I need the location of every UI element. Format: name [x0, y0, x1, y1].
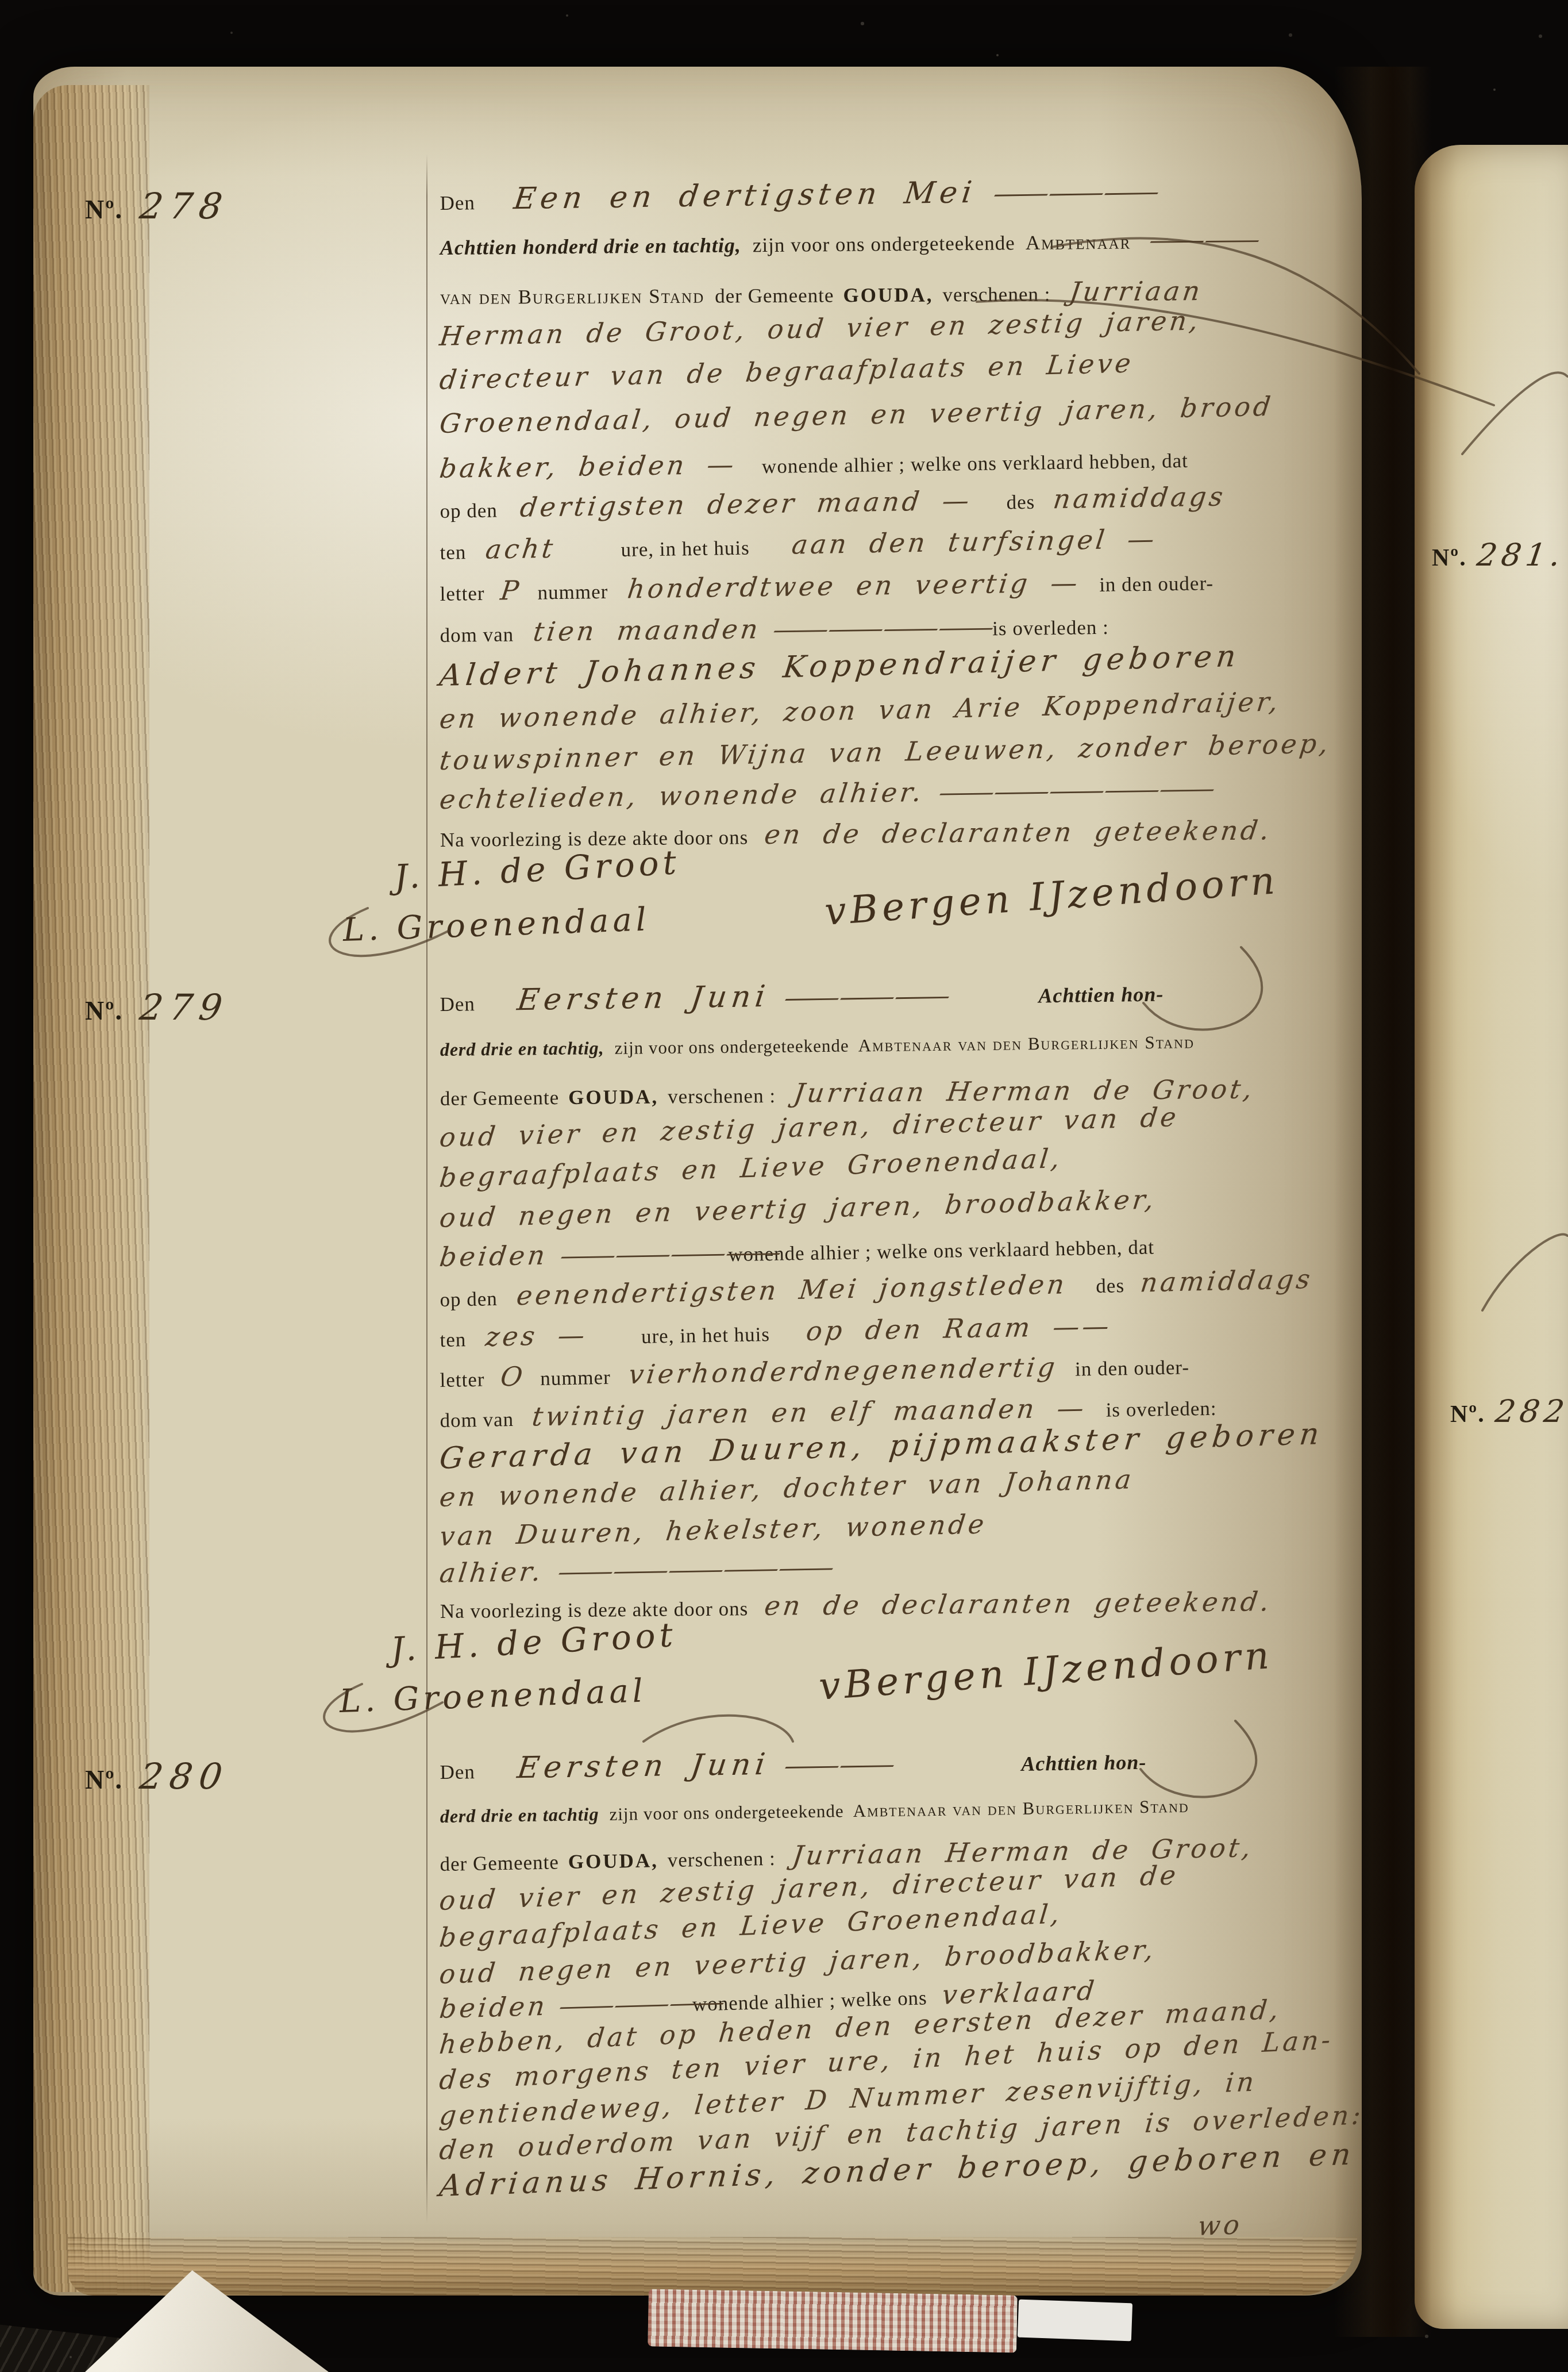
- column-divider-rule: [426, 154, 427, 2223]
- flourish-dash: ————: [556, 1238, 783, 1270]
- number-label: Nº.: [1432, 545, 1467, 571]
- number-value: 281.: [1474, 537, 1567, 573]
- printed-text: Achttien honderd drie en tachtig,: [440, 233, 741, 259]
- record-number: Nº.278: [85, 185, 229, 227]
- handwritten-text: op den Raam ——: [805, 1310, 1114, 1347]
- handwritten-text: P: [499, 575, 523, 606]
- printed-text: verschenen :: [668, 1085, 776, 1108]
- printed-text: ten: [440, 541, 466, 564]
- printed-text: dom van: [440, 1408, 514, 1432]
- register-right-page: [1415, 145, 1568, 2329]
- printed-text: letter: [440, 582, 484, 605]
- number-label: Nº.: [85, 1765, 123, 1794]
- handwritten-text: wo: [1196, 2209, 1244, 2242]
- printed-text: Achttien hon-: [1021, 1751, 1147, 1775]
- record-number: Nº.280: [85, 1755, 229, 1797]
- handwritten-text: acht: [484, 533, 557, 565]
- flourish-dash: —————: [934, 774, 1217, 807]
- flourish-dash: ———: [780, 982, 952, 1012]
- printed-text: der Gemeente: [440, 1086, 560, 1110]
- printed-text: ten: [440, 1328, 466, 1351]
- number-value: 279: [137, 986, 232, 1028]
- handwritten-text: Eersten Juni: [515, 979, 772, 1017]
- handwritten-text: bakker, beiden —: [438, 449, 738, 484]
- handwritten-text: Jurriaan: [1068, 275, 1205, 307]
- page-edge-stack-bottom: [68, 2237, 1357, 2296]
- printed-text: wonende alhier ; welke ons verklaard heb…: [762, 449, 1188, 478]
- printed-text: GOUDA,: [843, 284, 933, 307]
- printed-text: Den: [440, 993, 475, 1016]
- dust-specks: [0, 0, 1, 1]
- register-photo-scene: Nº.278 Den Een en dertigsten Mei ——— Ach…: [0, 0, 1568, 2372]
- printed-text: GOUDA,: [568, 1849, 659, 1873]
- handwritten-text: zes —: [484, 1319, 589, 1352]
- handwritten-text: aan den turfsingel —: [790, 523, 1159, 560]
- printed-text: verschenen :: [942, 283, 1050, 306]
- catchword: wo: [1197, 2209, 1243, 2242]
- printed-text: nummer: [540, 1366, 611, 1390]
- printed-text: is overleden:: [1105, 1397, 1216, 1421]
- printed-text: Den: [440, 1760, 475, 1783]
- handwritten-text: honderdtwee en veertig —: [626, 567, 1082, 604]
- number-value: 280: [137, 1755, 232, 1797]
- number-label: Nº.: [85, 996, 123, 1025]
- flourish-dash: ——: [780, 1750, 897, 1780]
- printed-text: ure, in het huis: [641, 1323, 770, 1348]
- handwritten-text: Een en dertigsten Mei: [512, 175, 978, 216]
- printed-text: der Gemeente: [715, 284, 834, 307]
- handwritten-text: beiden: [438, 1240, 549, 1273]
- record-number-282: Nº.282: [1450, 1393, 1568, 1429]
- printed-text: zijn voor ons ondergeteekende: [753, 232, 1015, 256]
- printed-text: derd drie en tachtig: [440, 1804, 599, 1827]
- printed-text: des: [1096, 1274, 1124, 1297]
- printed-text: zijn voor ons ondergeteekende: [614, 1036, 849, 1058]
- record-number-281: Nº.281.: [1432, 537, 1565, 573]
- flourish-dash: ———: [554, 1987, 726, 2020]
- record-number: Nº.279: [85, 986, 229, 1028]
- handwritten-text: namiddags: [1139, 1263, 1315, 1298]
- printed-text: Ambtenaar van den Burgerlijken Stand: [858, 1032, 1195, 1055]
- number-label: Nº.: [85, 195, 123, 224]
- printed-text: van den Burgerlijken Stand: [440, 285, 704, 309]
- printed-text: derd drie en tachtig,: [440, 1037, 604, 1060]
- handwritten-text: tien maanden: [531, 613, 762, 647]
- handwritten-text: en de declaranten geteekend.: [762, 814, 1274, 850]
- printed-text: letter: [440, 1368, 485, 1391]
- printed-text: in den ouder-: [1099, 572, 1213, 596]
- printed-text: Den: [440, 191, 475, 214]
- number-value: 278: [137, 185, 232, 227]
- printed-text: Achttien hon-: [1038, 982, 1164, 1007]
- printed-text: ure, in het huis: [621, 537, 750, 562]
- number-label: Nº.: [1450, 1401, 1485, 1428]
- flourish-dash: —————: [554, 1553, 836, 1586]
- binding-tape: [648, 2289, 1018, 2352]
- handwritten-text: Jurriaan Herman de Groot,: [792, 1074, 1257, 1109]
- flourish-dash: ——: [1145, 225, 1262, 255]
- handwritten-text: alhier.: [438, 1556, 545, 1589]
- handwritten-text: beiden: [438, 1990, 549, 2024]
- printed-text: Ambtenaar van den Burgerlijken Stand: [853, 1796, 1189, 1821]
- printed-text: dom van: [440, 623, 514, 647]
- printed-text: in den ouder-: [1075, 1356, 1190, 1380]
- handwritten-text: en de declaranten geteekend.: [762, 1586, 1274, 1621]
- flourish-dash: ————: [768, 613, 996, 644]
- printed-text: des: [1006, 491, 1035, 514]
- printed-text: nummer: [537, 580, 608, 604]
- binding-tape-white-strip: [1018, 2300, 1132, 2342]
- printed-text: Ambtenaar: [1026, 231, 1131, 255]
- number-value: 282: [1493, 1393, 1568, 1429]
- handwritten-text: Eersten Juni: [515, 1747, 772, 1785]
- handwritten-text: namiddags: [1051, 480, 1227, 514]
- record-line: van den Burgerlijken Stand der Gemeente …: [440, 275, 1203, 310]
- printed-text: op den: [440, 1287, 498, 1311]
- record-line: alhier. —————: [440, 1554, 672, 1589]
- handwritten-text: O: [499, 1360, 527, 1392]
- printed-text: is overleden :: [992, 616, 1109, 640]
- printed-text: op den: [440, 499, 498, 522]
- printed-text: GOUDA,: [568, 1086, 658, 1109]
- printed-text: der Gemeente: [440, 1851, 559, 1875]
- flourish-dash: ———: [989, 177, 1161, 207]
- printed-text: verschenen :: [668, 1847, 776, 1871]
- printed-text: zijn voor ons ondergeteekende: [609, 1801, 844, 1824]
- page-edge-stack-left: [33, 85, 149, 2292]
